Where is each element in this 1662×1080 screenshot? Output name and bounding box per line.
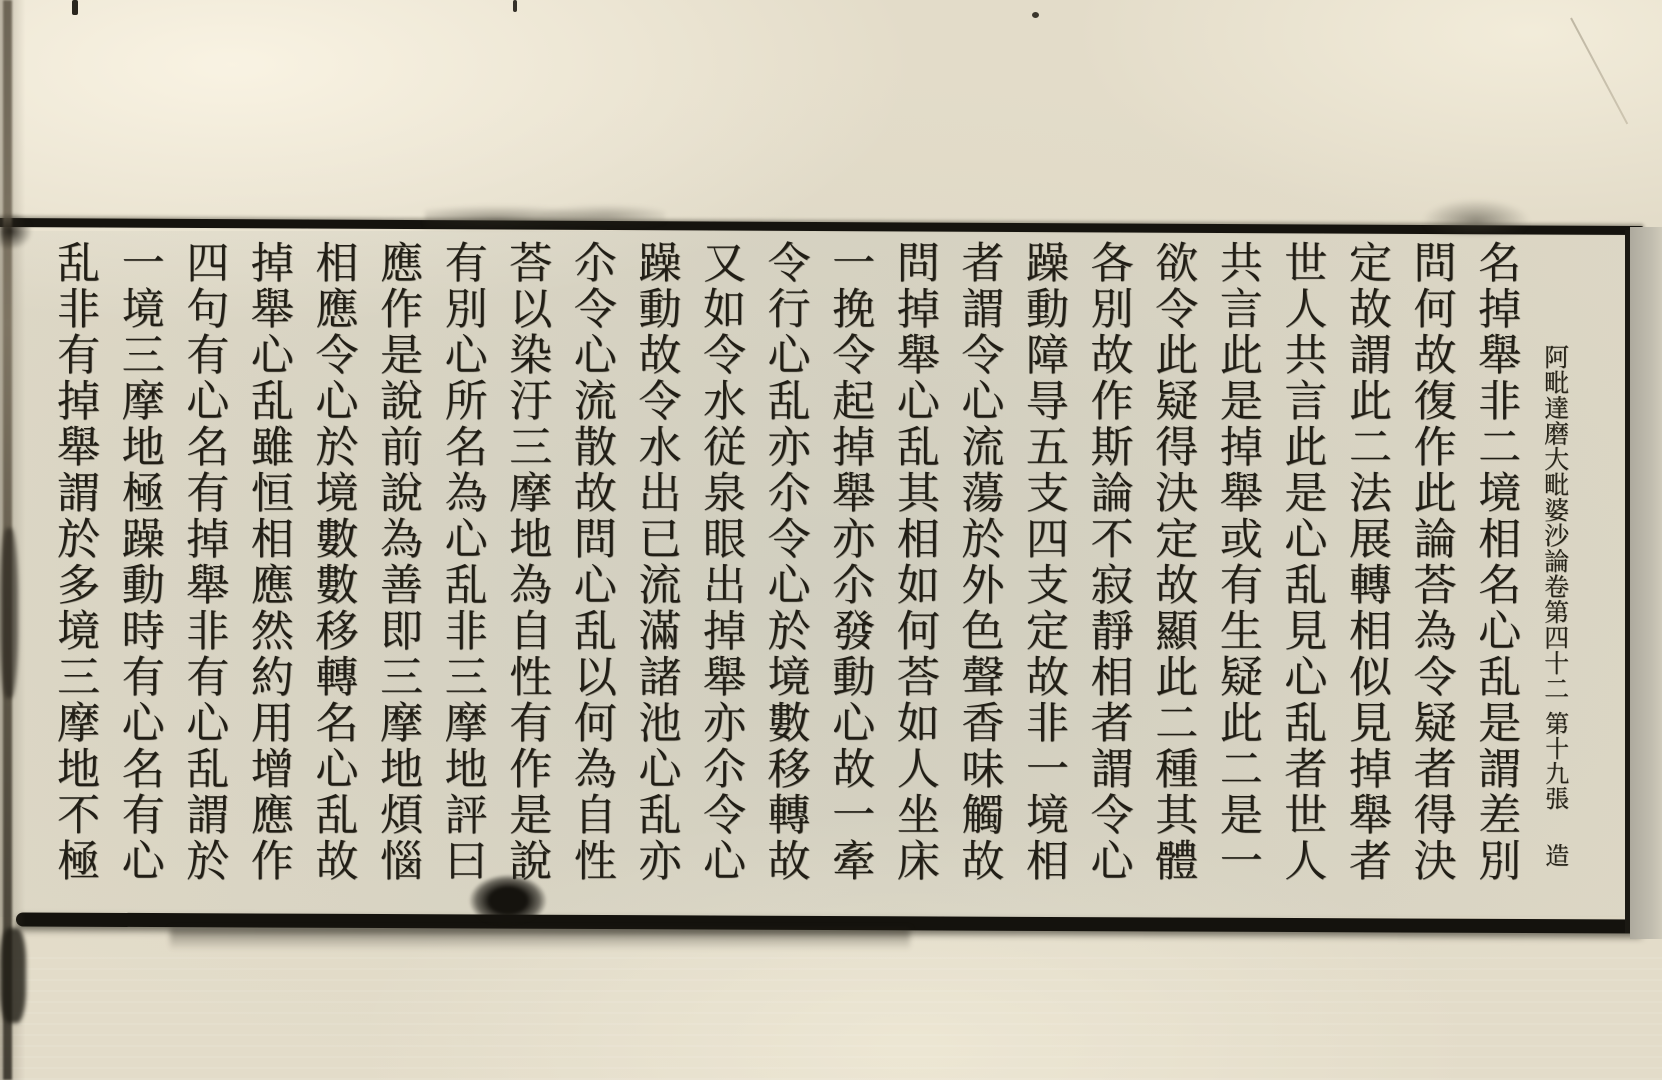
carver-mark: 造 xyxy=(1532,843,1578,867)
text-column: 者謂令心流蕩於外色聲香味觸故 xyxy=(950,240,1008,904)
right-margin-strip xyxy=(1630,227,1662,939)
text-column: 欲令此疑得決定故顯此二種其體 xyxy=(1144,240,1202,904)
ink-smudge-top-middle xyxy=(425,200,665,228)
text-column: 世人共言此是心乱見心乱者世人 xyxy=(1273,240,1331,904)
block-top-border xyxy=(0,218,1644,235)
text-column: 有別心所名為心乱非三摩地評曰 xyxy=(434,240,492,904)
text-column: 一境三摩地極躁動時有心名有心 xyxy=(111,240,169,904)
text-column: 四句有心名有掉舉非有心乱謂於 xyxy=(175,240,233,904)
text-column: 相應令心於境數數移轉名心乱故 xyxy=(304,240,362,904)
ink-speck xyxy=(513,0,517,12)
ink-speck xyxy=(1032,12,1039,18)
text-column: 應作是說前說為善即三摩地煩惱 xyxy=(369,240,427,904)
paper-crease xyxy=(1570,18,1628,125)
text-column: 一挽令起掉舉亦尒發動心故一牽 xyxy=(821,240,879,904)
text-column: 乱非有掉舉謂於多境三摩地不極 xyxy=(46,240,104,904)
text-column: 尒令心流散故問心乱以何為自性 xyxy=(563,240,621,904)
text-column: 名掉舉非二境相名心乱是謂差別 xyxy=(1467,240,1525,904)
ink-speck xyxy=(72,0,78,15)
text-column: 令行心乱亦尒令心於境數移轉故 xyxy=(757,240,815,904)
text-column: 掉舉心乱雖恒相應然約用增應作 xyxy=(240,240,298,904)
sheet-number: 第十九張 xyxy=(1532,711,1578,811)
paper-fiber-texture xyxy=(0,948,1662,1080)
text-column: 又如令水従泉眼出掉舉亦尒令心 xyxy=(692,240,750,904)
text-column: 各別故作斯論不寂靜相者謂令心 xyxy=(1080,240,1138,904)
text-column: 共言此是掉舉或有生疑此二是一 xyxy=(1209,240,1267,904)
text-column: 荅以染汙三摩地為自性有作是說 xyxy=(498,240,556,904)
text-column: 躁動障㝵五支四支定故非一境相 xyxy=(1015,240,1073,904)
text-column: 躁動故令水出已流滿諸池心乱亦 xyxy=(627,240,685,904)
text-column: 問何故復作此論荅為令疑者得決 xyxy=(1402,240,1460,904)
ink-blot-left-bottom xyxy=(0,928,26,1023)
ink-smudge-bottom-edge xyxy=(170,928,910,954)
volume-title: 阿毗達磨大毗婆沙論卷第四十二 xyxy=(1532,344,1578,701)
ink-blot-left-border xyxy=(0,214,40,248)
text-column: 定故謂此二法展轉相似見掉舉者 xyxy=(1338,240,1396,904)
ink-smudge-top-right xyxy=(1422,184,1542,234)
ink-blot-left-middle xyxy=(0,528,18,698)
text-columns: 阿毗達磨大毗婆沙論卷第四十二 第十九張 造 名掉舉非二境相名心乱是謂差別問何故復… xyxy=(46,240,1578,904)
text-column: 問掉舉心乱其相如何荅如人坐床 xyxy=(886,240,944,904)
manuscript-page-scan: 阿毗達磨大毗婆沙論卷第四十二 第十九張 造 名掉舉非二境相名心乱是謂差別問何故復… xyxy=(0,0,1662,1080)
title-column: 阿毗達磨大毗婆沙論卷第四十二 第十九張 造 xyxy=(1532,240,1578,904)
